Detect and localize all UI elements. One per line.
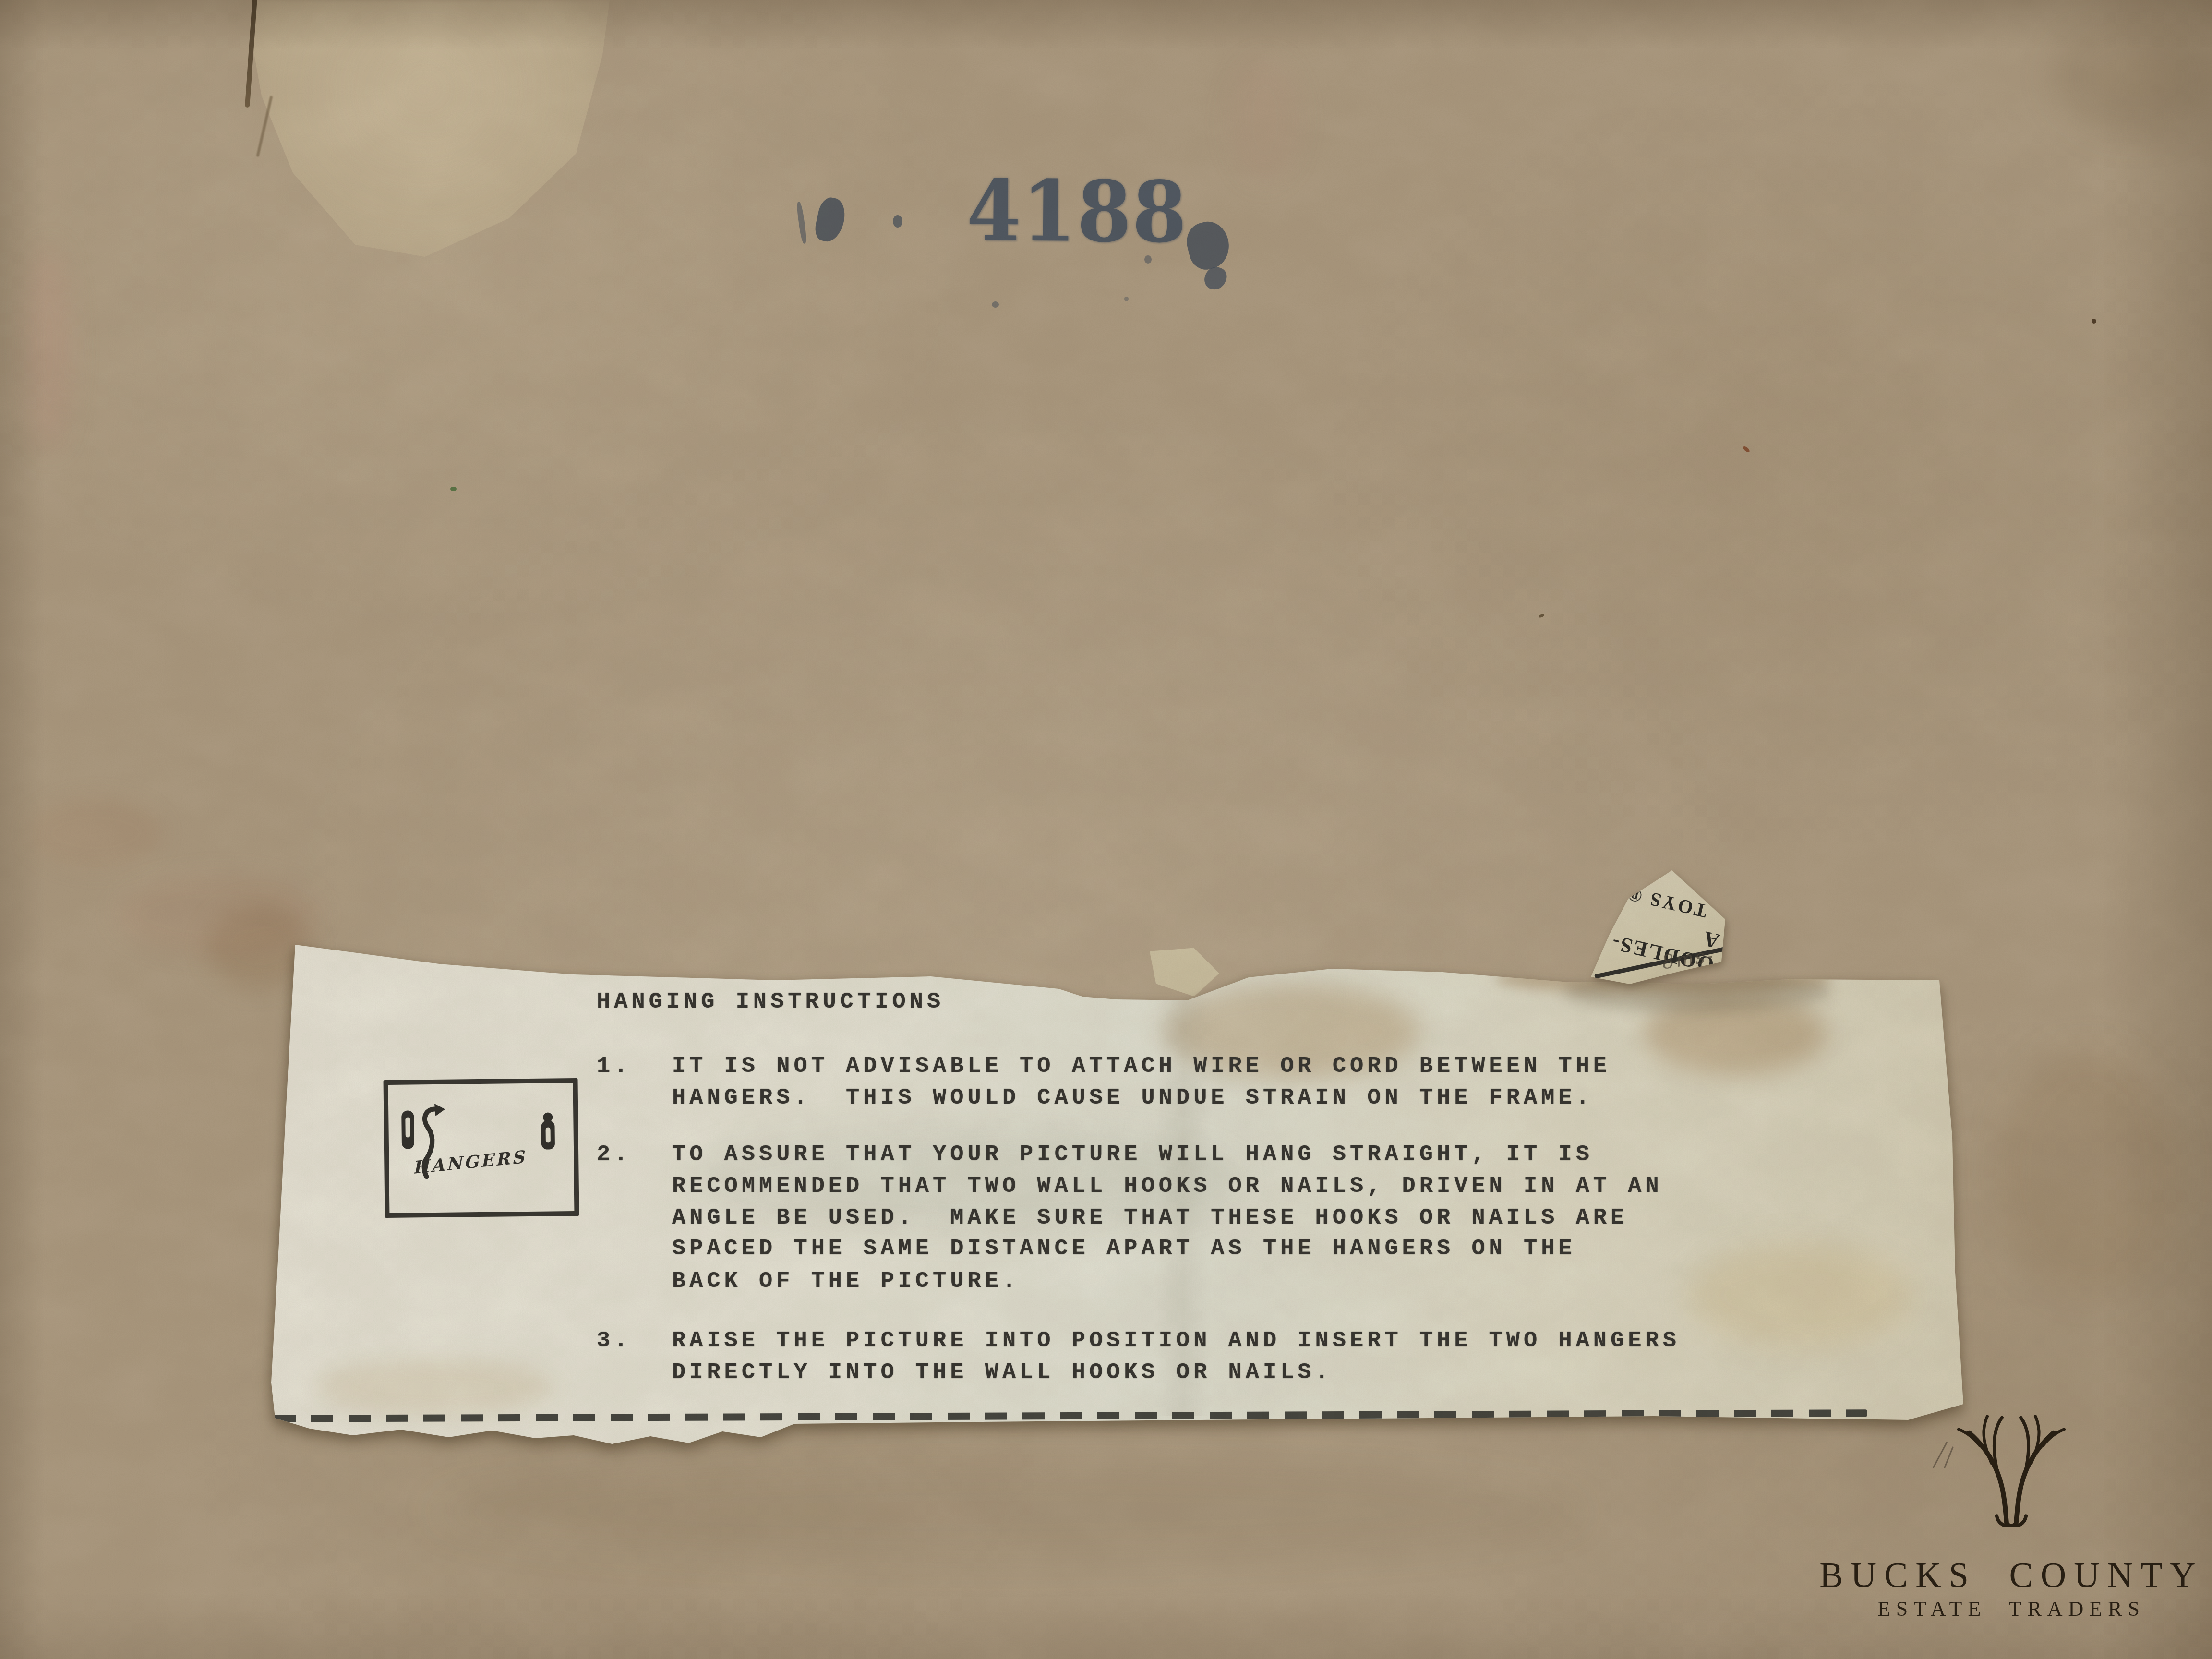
antlers-icon (1920, 1415, 2103, 1527)
watermark-logo: BUCKS COUNTY ESTATE TRADERS (1819, 1415, 2203, 1646)
watermark-title: BUCKS COUNTY (1819, 1555, 2203, 1596)
edge-vignette (0, 0, 2212, 1659)
watermark-subtitle: ESTATE TRADERS (1819, 1597, 2203, 1621)
photo-frame-back: 4188 HANGING INSTRUCTIONS (0, 0, 2212, 1659)
